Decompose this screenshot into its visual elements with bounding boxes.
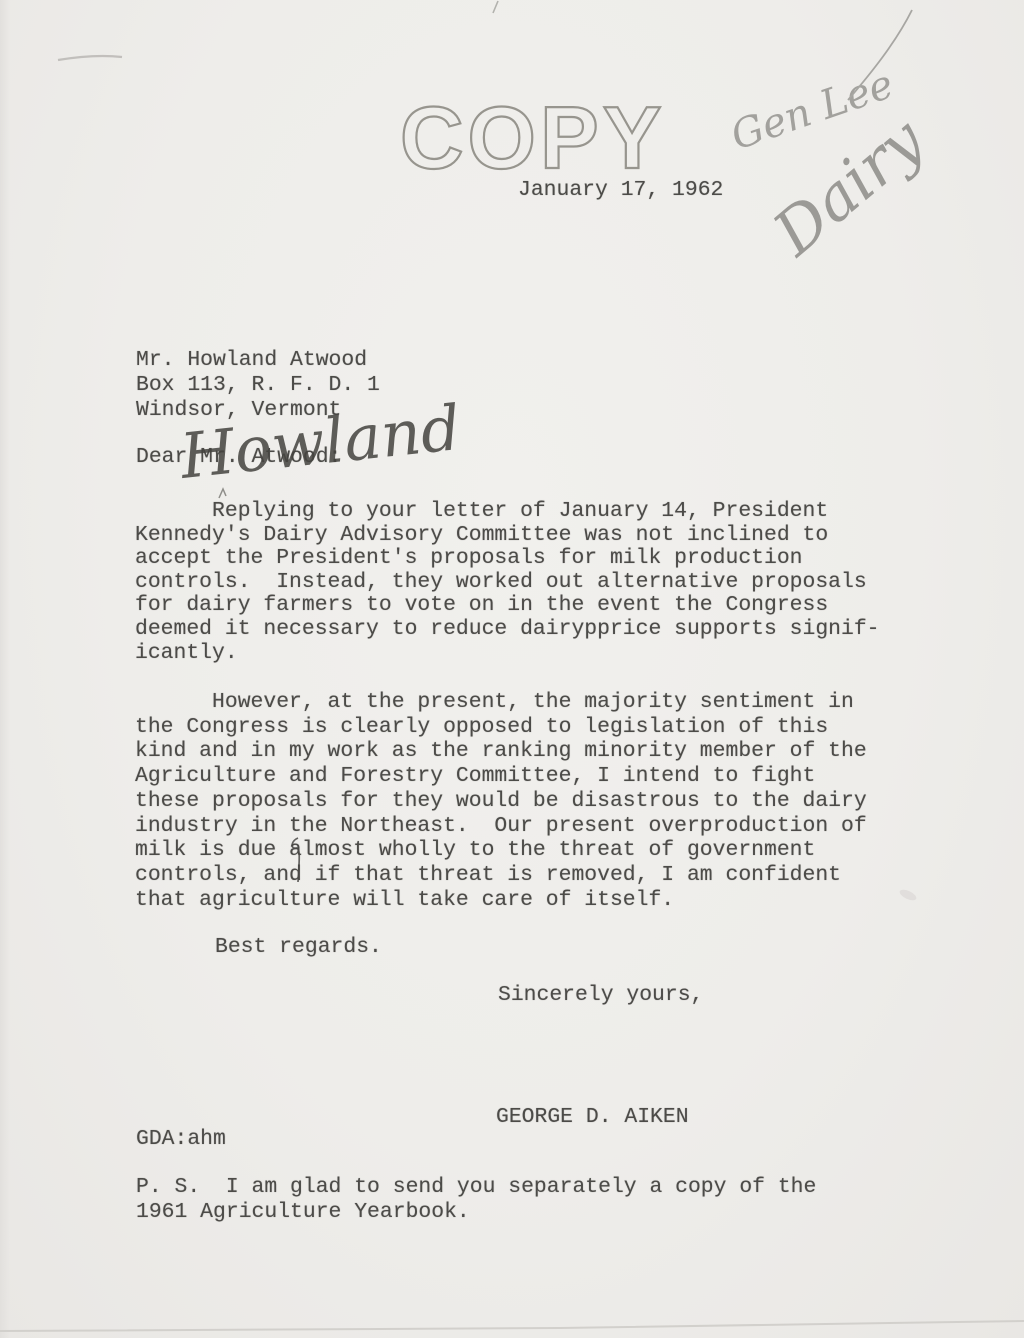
reference-initials: GDA:ahm [136,1127,226,1151]
body-paragraph-2: However, at the present, the majority se… [135,690,867,912]
paper-bottom-edge [0,1321,1024,1331]
recipient-address: Mr. Howland Atwood Box 113, R. F. D. 1 W… [136,348,380,423]
letter-date: January 17, 1962 [518,178,723,202]
postscript: P. S. I am glad to send you separately a… [136,1175,816,1225]
valediction: Sincerely yours, [498,983,703,1007]
body-paragraph-1: Replying to your letter of January 14, P… [135,500,880,665]
salutation: Dear Mr. Atwood: [136,445,341,469]
copy-stamp-text: COPY [400,92,665,187]
edge-tick-mark [493,1,498,13]
copy-stamp: COPY [398,92,708,192]
signature-name: GEORGE D. AIKEN [496,1105,689,1129]
paper-smudge [898,888,918,903]
closing-line: Best regards. [215,935,382,959]
annotation-dairy: Dairy [759,103,939,270]
check-mark [219,489,226,498]
annotation-gen-lee: Gen Lee [725,61,899,159]
letter-page: COPY January 17, 1962 Mr. Howland Atwood… [0,0,1024,1338]
pencil-mark [58,56,122,60]
pencil-flourish [848,10,912,100]
